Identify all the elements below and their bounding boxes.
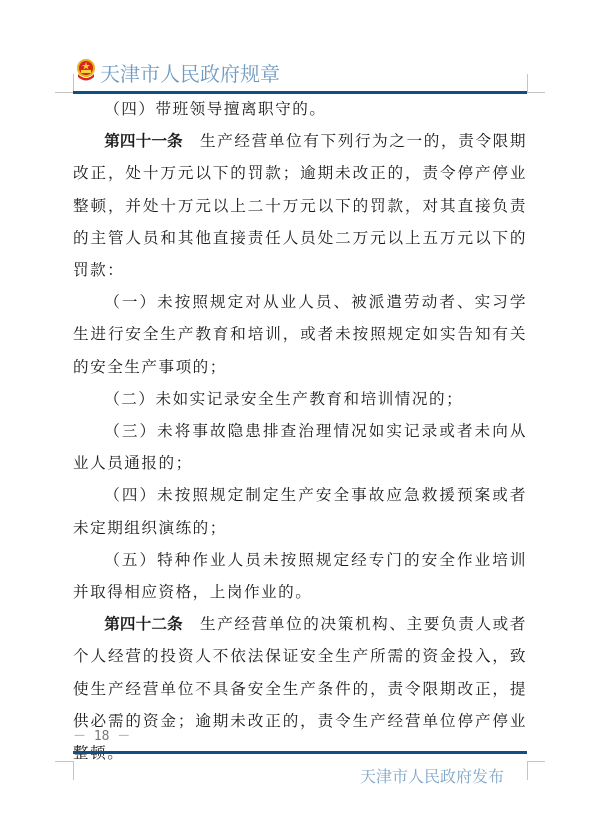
document-header-title: 天津市人民政府规章 <box>100 58 280 87</box>
paragraph: （四）带班领导擅离职守的。 <box>73 93 527 125</box>
crop-mark-top-left-h <box>55 92 73 93</box>
paragraph-text: （五）特种作业人员未按照规定经专门的安全作业培训并取得相应资格，上岗作业的。 <box>73 551 527 601</box>
paragraph-text: （二）未如实记录安全生产教育和培训情况的； <box>104 390 463 408</box>
paragraph-text: （三）未将事故隐患排查治理情况如实记录或者未向从业人员通报的； <box>73 422 527 472</box>
article-heading: 第四十二条 <box>104 615 183 633</box>
paragraph-text: （四）未按照规定制定生产安全事故应急救援预案或者未定期组织演练的； <box>73 486 527 536</box>
paragraph-text: （四）带班领导擅离职守的。 <box>104 100 326 118</box>
document-body: （四）带班领导擅离职守的。 第四十一条 生产经营单位有下列行为之一的，责令限期改… <box>73 93 527 769</box>
crop-mark-bottom-left-v <box>73 761 74 780</box>
crop-mark-top-right-v <box>527 74 528 92</box>
crop-mark-bottom-right-h <box>527 761 545 762</box>
crop-mark-top-right-h <box>527 92 545 93</box>
paragraph-text: （一）未按照规定对从业人员、被派遣劳动者、实习学生进行安全生产教育和培训，或者未… <box>73 293 527 375</box>
footer-rule <box>73 751 527 754</box>
paragraph: （二）未如实记录安全生产教育和培训情况的； <box>73 383 527 415</box>
crop-mark-bottom-right-v <box>527 761 528 780</box>
paragraph-text: 生产经营单位有下列行为之一的，责令限期改正，处十万元以下的罚款；逾期未改正的，责… <box>73 132 527 279</box>
crop-mark-bottom-left-h <box>55 761 73 762</box>
paragraph: （五）特种作业人员未按照规定经专门的安全作业培训并取得相应资格，上岗作业的。 <box>73 544 527 608</box>
article-42: 第四十二条 生产经营单位的决策机构、主要负责人或者个人经营的投资人不依法保证安全… <box>73 608 527 769</box>
publisher-label: 天津市人民政府发布 <box>360 764 504 787</box>
paragraph: （一）未按照规定对从业人员、被派遣劳动者、实习学生进行安全生产教育和培训，或者未… <box>73 286 527 383</box>
national-emblem-icon <box>75 58 97 82</box>
article-heading: 第四十一条 <box>104 132 183 150</box>
paragraph-text: 生产经营单位的决策机构、主要负责人或者个人经营的投资人不依法保证安全生产所需的资… <box>73 615 527 762</box>
page-number: － 18 － <box>73 725 130 744</box>
crop-mark-top-left-v <box>73 74 74 92</box>
article-41: 第四十一条 生产经营单位有下列行为之一的，责令限期改正，处十万元以下的罚款；逾期… <box>73 125 527 286</box>
paragraph: （四）未按照规定制定生产安全事故应急救援预案或者未定期组织演练的； <box>73 479 527 543</box>
paragraph: （三）未将事故隐患排查治理情况如实记录或者未向从业人员通报的； <box>73 415 527 479</box>
